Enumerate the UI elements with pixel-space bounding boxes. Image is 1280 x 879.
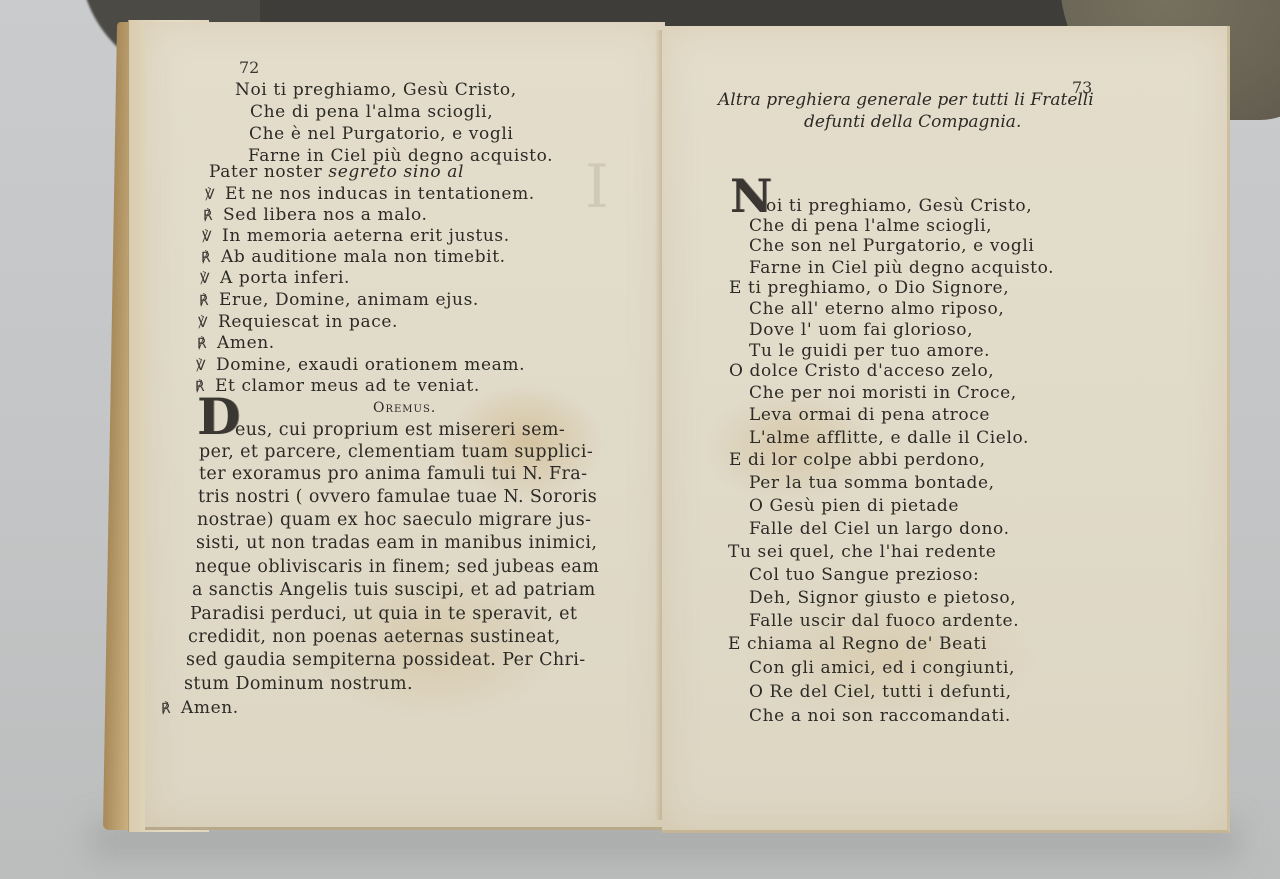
response-text: Erue, Domine, animam ejus. xyxy=(219,290,479,310)
prayer-heading: Altra preghiera generale per tutti li Fr… xyxy=(718,90,1094,110)
oremus-heading: Oremus. xyxy=(373,400,436,416)
verse-line: E di lor colpe abbi perdono, xyxy=(729,450,986,470)
page-number: 72 xyxy=(239,58,259,77)
versicle-text: Et ne nos inducas in tentationem. xyxy=(225,184,535,204)
versicle-line: ℣Domine, exaudi orationem meam. xyxy=(196,355,525,376)
versicle-text: Domine, exaudi orationem meam. xyxy=(216,355,525,375)
versicle-line: ℣Et ne nos inducas in tentationem. xyxy=(205,184,535,205)
verse-line: O Re del Ciel, tutti i defunti, xyxy=(749,682,1012,702)
response-symbol-icon: ℟ xyxy=(197,334,217,354)
prayer-line: sisti, ut non tradas eam in manibus inim… xyxy=(196,533,597,553)
verse-line: Che di pena l'alme sciogli, xyxy=(749,216,992,236)
prayer-line: Paradisi perduci, ut quia in te speravit… xyxy=(190,604,577,624)
open-book: I 72 Noi ti preghiamo, Gesù Cristo, Che … xyxy=(0,0,1280,879)
versicle-symbol-icon: ℣ xyxy=(198,313,218,333)
verse-line: L'alme afflitte, e dalle il Cielo. xyxy=(749,428,1029,448)
prayer-line: stum Dominum nostrum. xyxy=(184,674,413,694)
left-page: I 72 Noi ti preghiamo, Gesù Cristo, Che … xyxy=(145,22,665,830)
verse-line: O Gesù pien di pietade xyxy=(749,496,959,516)
versicle-symbol-icon: ℣ xyxy=(196,356,216,376)
verse-line: Che a noi son raccomandati. xyxy=(749,706,1011,726)
right-page: 73 Altra preghiera generale per tutti li… xyxy=(662,26,1230,833)
verse-line: Che per noi moristi in Croce, xyxy=(749,383,1017,403)
prayer-line: ter exoramus pro anima famuli tui N. Fra… xyxy=(199,464,587,484)
verse-line: Tu sei quel, che l'hai redente xyxy=(728,542,996,562)
verse-line: Che son nel Purgatorio, e vogli xyxy=(749,236,1034,256)
versicle-text: Requiescat in pace. xyxy=(218,312,398,332)
prayer-heading-line2: defunti della Compagnia. xyxy=(804,112,1021,132)
verse-line: Che all' eterno almo riposo, xyxy=(749,299,1004,319)
versicle-line: ℣In memoria aeterna erit justus. xyxy=(202,226,510,247)
response-line: ℟Amen. xyxy=(161,698,239,719)
response-line: ℟Amen. xyxy=(197,333,275,354)
response-text: Amen. xyxy=(181,698,239,718)
verse-line: Falle del Ciel un largo dono. xyxy=(749,519,1010,539)
hymn-line: Che è nel Purgatorio, e vogli xyxy=(249,124,513,144)
verse-line: Col tuo Sangue prezioso: xyxy=(749,565,979,585)
prayer-line: eus, cui proprium est misereri sem- xyxy=(235,420,565,440)
response-line: ℟Erue, Domine, animam ejus. xyxy=(199,290,479,311)
drop-cap-letter: D xyxy=(197,395,240,439)
versicle-symbol-icon: ℣ xyxy=(202,227,222,247)
verse-line: Deh, Signor giusto e pietoso, xyxy=(749,588,1016,608)
response-line: ℟Sed libera nos a malo. xyxy=(203,205,428,226)
versicle-symbol-icon: ℣ xyxy=(200,269,220,289)
hymn-line: Che di pena l'alma sciogli, xyxy=(250,102,493,122)
hymn-line: Noi ti preghiamo, Gesù Cristo, xyxy=(235,80,517,100)
verse-line: Leva ormai di pena atroce xyxy=(749,405,990,425)
verse-line: O dolce Cristo d'acceso zelo, xyxy=(729,361,994,381)
rubric-italic: segreto sino al xyxy=(328,162,464,182)
prayer-line: credidit, non poenas aeternas sustineat, xyxy=(188,627,561,647)
response-text: Et clamor meus ad te veniat. xyxy=(215,376,480,396)
verse-line: E chiama al Regno de' Beati xyxy=(728,634,987,654)
pater-noster-text: Pater noster xyxy=(209,162,322,182)
verse-line: Tu le guidi per tuo amore. xyxy=(749,341,990,361)
response-symbol-icon: ℟ xyxy=(203,206,223,226)
left-page-text: 72 Noi ti preghiamo, Gesù Cristo, Che di… xyxy=(145,22,665,827)
verse-line: Falle uscir dal fuoco ardente. xyxy=(749,611,1019,631)
response-text: Ab auditione mala non timebit. xyxy=(221,247,506,267)
response-symbol-icon: ℟ xyxy=(161,699,181,719)
prayer-line: tris nostri ( ovvero famulae tuae N. Sor… xyxy=(198,487,597,507)
prayer-line: neque obliviscaris in finem; sed jubeas … xyxy=(195,557,599,577)
verse-line: Dove l' uom fai glorioso, xyxy=(749,320,973,340)
verse-line: Per la tua somma bontade, xyxy=(749,473,995,493)
verse-line: E ti preghiamo, o Dio Signore, xyxy=(729,278,1009,298)
response-symbol-icon: ℟ xyxy=(199,291,219,311)
response-symbol-icon: ℟ xyxy=(201,248,221,268)
versicle-text: In memoria aeterna erit justus. xyxy=(222,226,510,246)
pater-noster-rubric: Pater noster segreto sino al xyxy=(209,162,464,182)
response-line: ℟Ab auditione mala non timebit. xyxy=(201,247,506,268)
verse-line: oi ti preghiamo, Gesù Cristo, xyxy=(766,196,1032,216)
verse-line: Farne in Ciel più degno acquisto. xyxy=(749,258,1054,278)
prayer-line: nostrae) quam ex hoc saeculo migrare jus… xyxy=(197,510,591,530)
versicle-line: ℣A porta inferi. xyxy=(200,268,350,289)
prayer-line: sed gaudia sempiterna possideat. Per Chr… xyxy=(186,650,586,670)
right-page-text: 73 Altra preghiera generale per tutti li… xyxy=(662,26,1227,830)
versicle-text: A porta inferi. xyxy=(220,268,350,288)
versicle-symbol-icon: ℣ xyxy=(205,185,225,205)
response-text: Sed libera nos a malo. xyxy=(223,205,428,225)
prayer-line: a sanctis Angelis tuis suscipi, et ad pa… xyxy=(192,580,596,600)
prayer-line: per, et parcere, clementiam tuam supplic… xyxy=(199,442,593,462)
versicle-line: ℣Requiescat in pace. xyxy=(198,312,398,333)
verse-line: Con gli amici, ed i congiunti, xyxy=(749,658,1015,678)
response-text: Amen. xyxy=(217,333,275,353)
